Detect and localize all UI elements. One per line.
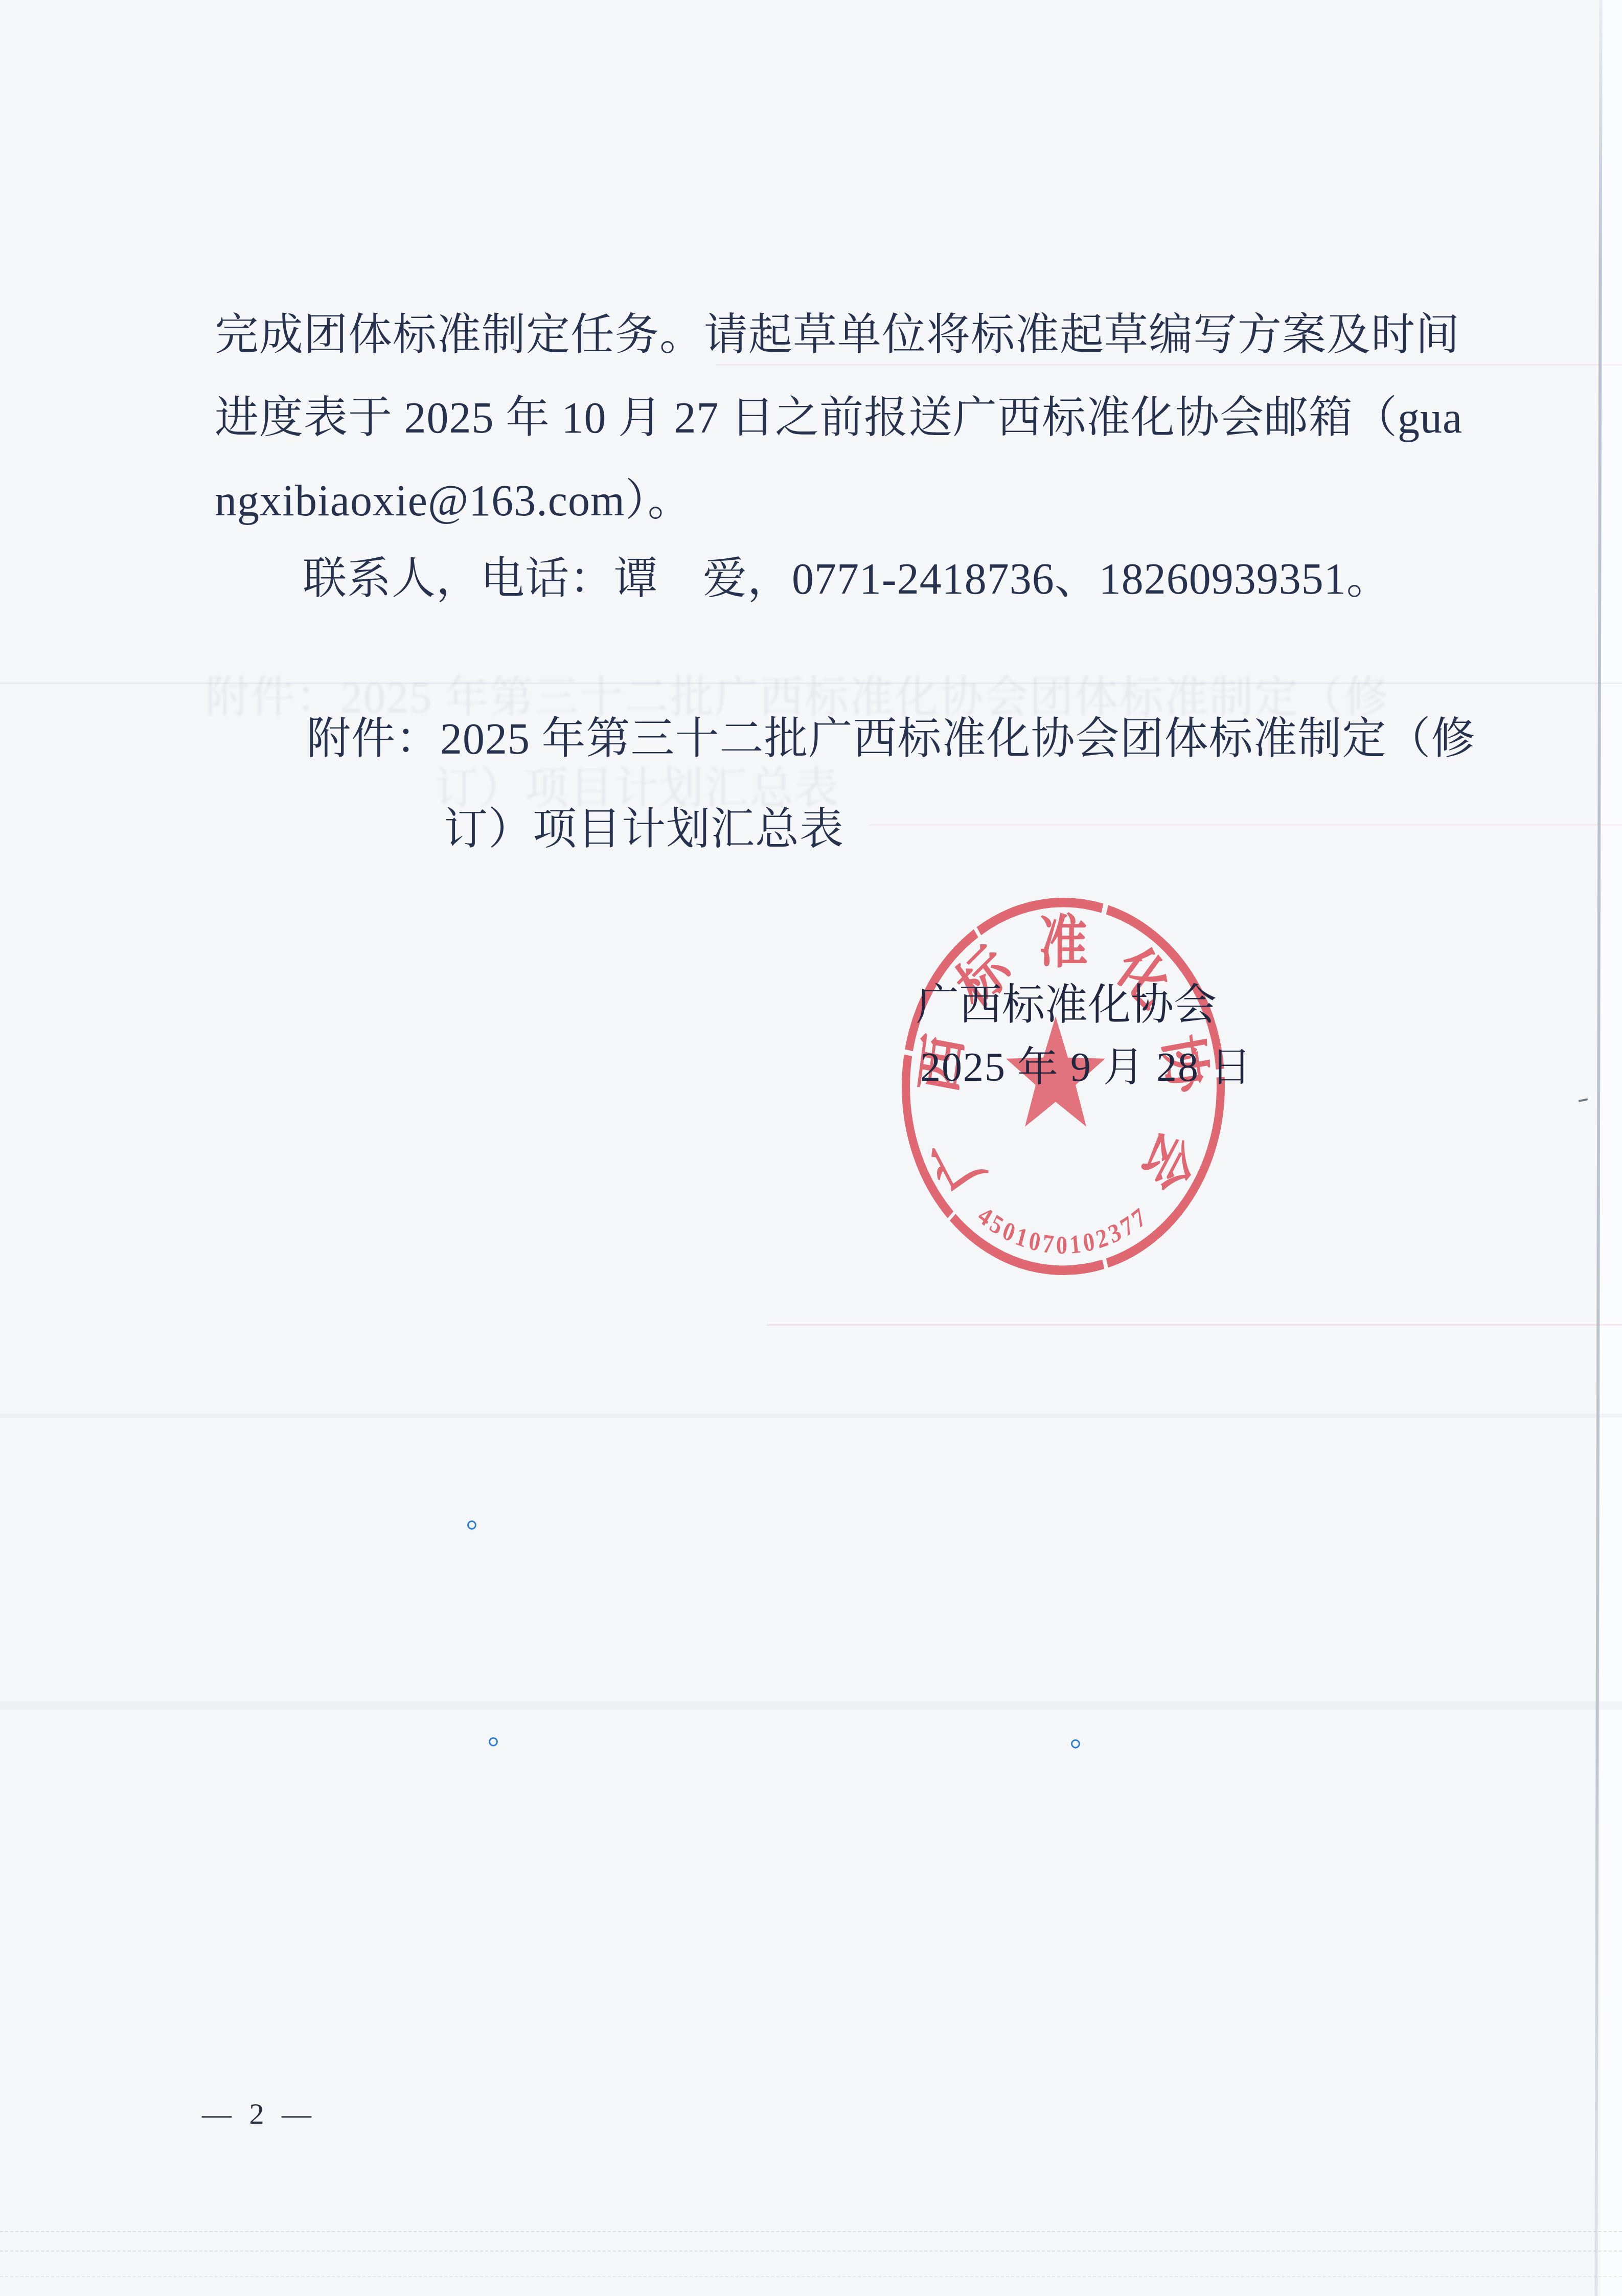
scan-band	[0, 1701, 1622, 1710]
attachment-line: 附件：2025 年第三十二批广西标准化协会团体标准制定（修	[307, 715, 1476, 763]
scan-dotted-streak	[0, 2276, 1622, 2277]
signature-date: 2025 年 9 月 28 日	[920, 1045, 1252, 1090]
scan-dotted-streak	[0, 2250, 1622, 2252]
ink-speck	[467, 1520, 476, 1530]
page-number: — 2 —	[202, 2098, 316, 2130]
stamp-ring-char: 准	[1039, 911, 1088, 975]
paragraph-line: 进度表于 2025 年 10 月 27 日之前报送广西标准化协会邮箱（gua	[215, 394, 1463, 442]
paragraph-line: 完成团体标准制定任务。请起草单位将标准起草编写方案及时间	[215, 311, 1460, 359]
attachment-line: 订）项目计划汇总表	[444, 805, 844, 854]
document-page: 附件：2025 年第三十二批广西标准化协会团体标准制定（修 订）项目计划汇总表 …	[0, 0, 1622, 2296]
contact-line: 联系人，电话：谭 爱，0771-2418736、18260939351。	[303, 555, 1391, 603]
scan-dotted-streak	[0, 2231, 1622, 2232]
ink-speck	[489, 1737, 498, 1746]
paragraph-line-email: ngxibiaoxie@163.com）。	[215, 476, 692, 525]
scan-band	[0, 1414, 1622, 1418]
ink-speck	[1071, 1739, 1080, 1748]
scan-streak-pink	[716, 364, 1622, 366]
scan-streak-pink	[767, 1324, 1622, 1326]
scan-edge-strip	[1600, 0, 1622, 2296]
pen-mark	[1579, 1098, 1588, 1102]
scan-streak-pink	[869, 824, 1622, 826]
signature-org: 广西标准化协会	[916, 982, 1217, 1029]
